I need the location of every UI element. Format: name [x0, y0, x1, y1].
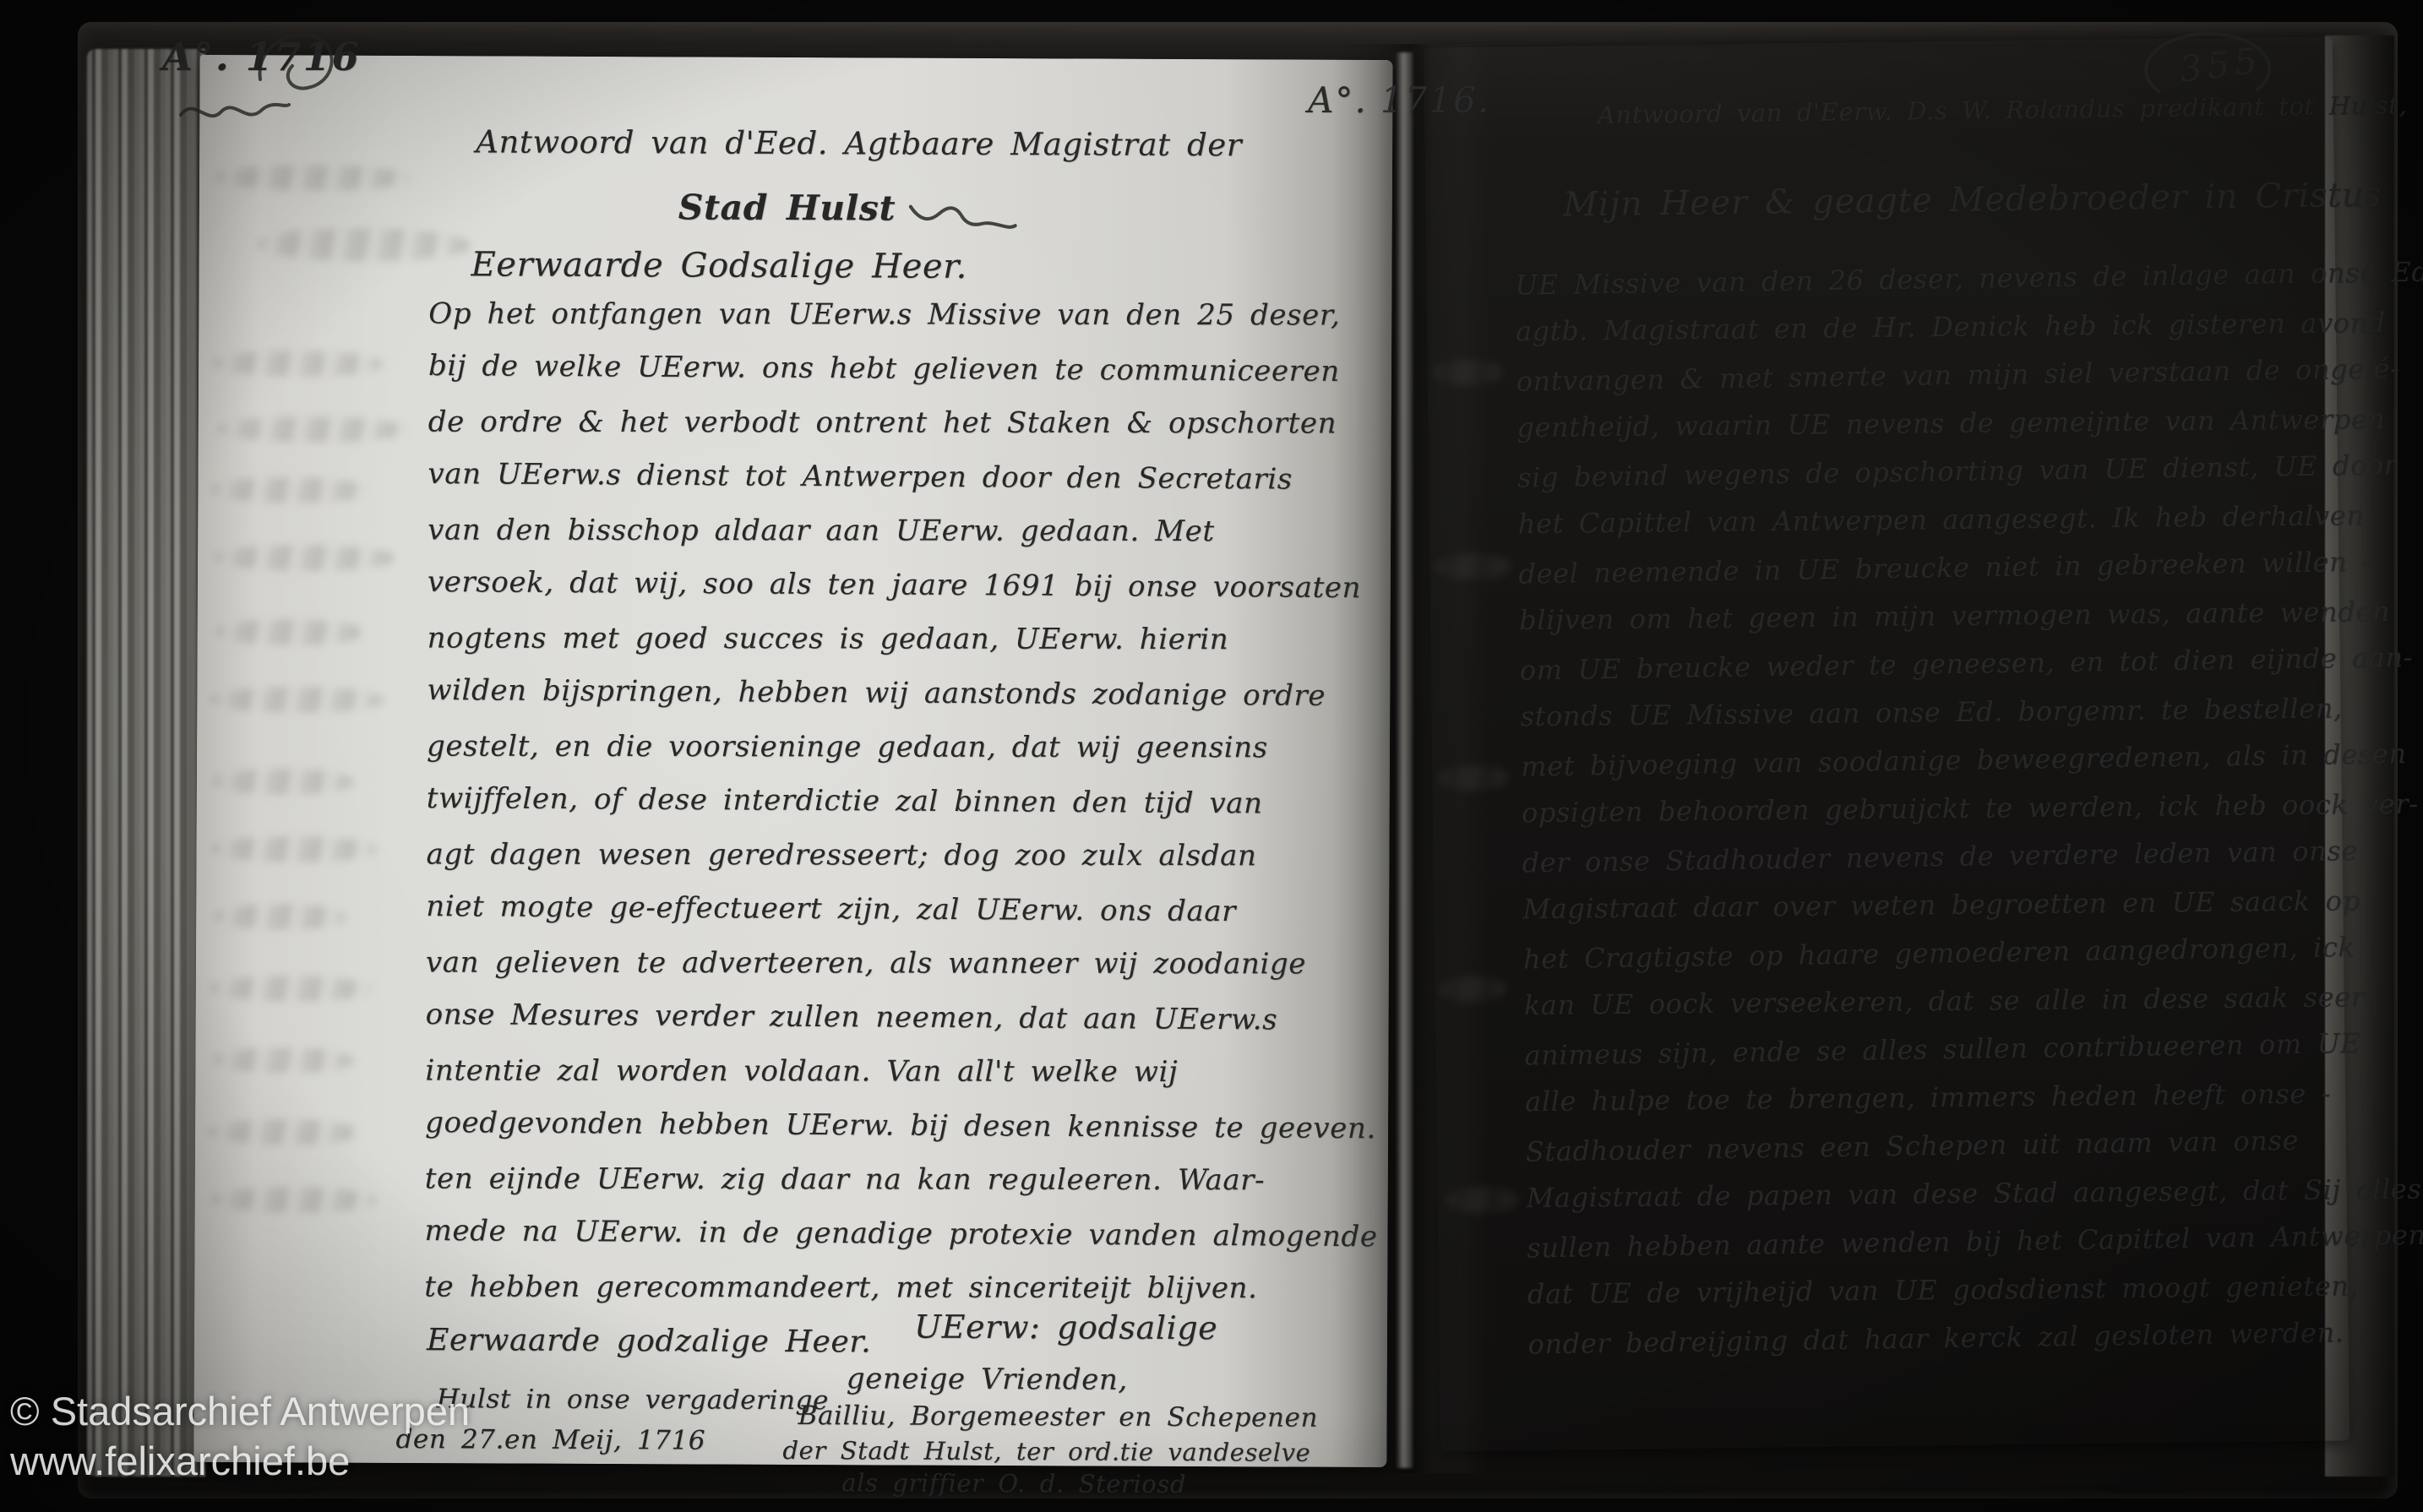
- ink-bleed-smudge: [1435, 553, 1511, 579]
- manuscript-line: agt dagen wesen geredresseert; dog zoo z…: [426, 838, 1338, 894]
- gutter-fold-highlight: [1396, 52, 1413, 1468]
- ink-bleed-smudge: [211, 477, 368, 503]
- ink-bleed-smudge: [219, 416, 409, 443]
- manuscript-line: nogtens met goed succes is gedaan, UEerw…: [427, 622, 1340, 677]
- manuscript-line: bij de welke UEerw. ons hebt gelieven te…: [428, 349, 1341, 409]
- manuscript-line: twijffelen, of dese interdictie zal binn…: [427, 781, 1339, 841]
- ink-bleed-smudge: [211, 836, 376, 862]
- ink-bleed-smudge: [210, 687, 384, 713]
- signature-line: der Stadt Hulst, ter ord.tie vandeselve: [782, 1436, 1310, 1467]
- ink-bleed-smudge: [1434, 360, 1501, 386]
- left-dateline-line1: Hulst in onse vergaderinge: [437, 1384, 829, 1416]
- manuscript-line: ten eijnde UEerw. zig daar na kan regule…: [425, 1162, 1337, 1218]
- signature-line: UEerw: godsalige: [914, 1308, 1217, 1347]
- ink-bleed-smudge: [214, 351, 383, 377]
- archive-watermark: © Stadsarchief Antwerpen www.felixarchie…: [10, 1387, 470, 1487]
- right-page-content: Antwoord van d'Eerw. D.s W. Rolandus pre…: [1424, 36, 2349, 1451]
- manuscript-line: wilden bijspringen, hebben wij aanstonds…: [427, 673, 1339, 733]
- left-salutation: Eerwaarde Godsalige Heer.: [471, 245, 967, 286]
- manuscript-line: versoek, dat wij, soo als ten jaare 1691…: [427, 565, 1340, 625]
- right-salutation: Mijn Heer & geagte Medebroeder in Cristu…: [1563, 176, 2382, 225]
- ink-bleed-smudge: [216, 619, 364, 645]
- manuscript-line: de ordre & het verbodt ontrent het Stake…: [428, 405, 1341, 461]
- heading-flourish-icon: [907, 185, 1017, 233]
- left-heading-line1: Antwoord van d'Eed. Agtbaare Magistrat d…: [476, 123, 1242, 163]
- ink-bleed-smudge: [211, 976, 372, 1002]
- ink-bleed-smudge: [1439, 764, 1508, 791]
- ink-bleed-smudge: [215, 545, 396, 571]
- left-body: Op het ontfangen van UEerw.s Missive van…: [424, 296, 1341, 1327]
- manuscript-line: intentie zal worden voldaan. Van all't w…: [425, 1054, 1337, 1110]
- manuscript-line: van gelieven te adverteeren, als wanneer…: [426, 946, 1338, 1002]
- manuscript-line: niet mogte ge-effectueert zijn, zal UEer…: [426, 889, 1338, 949]
- watermark-line1: © Stadsarchief Antwerpen: [10, 1387, 470, 1437]
- manuscript-line: onse Mesures verder zullen neemen, dat a…: [425, 998, 1337, 1058]
- left-closing: Eerwaarde godzalige Heer.: [427, 1323, 871, 1359]
- signature-line: als griffier O. d. Steriosd: [841, 1468, 1186, 1498]
- ink-bleed-smudge: [214, 1047, 353, 1074]
- watermark-line2: www.felixarchief.be: [10, 1437, 470, 1487]
- right-heading: Antwoord van d'Eerw. D.s W. Rolandus pre…: [1598, 90, 2408, 129]
- ink-bleed-smudge: [214, 769, 353, 795]
- manuscript-line: van UEerw.s dienst tot Antwerpen door de…: [427, 457, 1340, 517]
- left-heading-line2: Stad Hulst: [678, 183, 1017, 232]
- left-page-content: Antwoord van d'Eed. Agtbaare Magistrat d…: [193, 55, 1392, 1467]
- manuscript-line: mede na UEerw. in de genadige protexie v…: [424, 1214, 1337, 1274]
- manuscript-line: van den bisschop aldaar aan UEerw. gedaa…: [427, 514, 1340, 569]
- manuscript-line: goedgevonden hebben UEerw. bij desen ken…: [425, 1106, 1337, 1166]
- manuscript-line: Op het ontfangen van UEerw.s Missive van…: [428, 297, 1341, 353]
- signature-line: geneige Vrienden,: [847, 1362, 1128, 1396]
- ink-bleed-smudge: [212, 1187, 377, 1213]
- ink-bleed-smudge: [215, 904, 346, 930]
- ink-bleed-smudge: [259, 228, 470, 261]
- ink-bleed-smudge: [216, 165, 411, 191]
- page-edge-stack: [87, 49, 205, 1477]
- signature-line: Bailliu, Borgemeester en Schepenen: [798, 1401, 1319, 1433]
- left-heading-line2-text: Stad Hulst: [678, 187, 896, 228]
- ink-bleed-smudge: [1446, 1187, 1517, 1213]
- right-body: UE Missive van den 26 deser, nevens de i…: [1515, 258, 2382, 1375]
- ink-bleed-smudge: [1440, 976, 1506, 1003]
- manuscript-line: gestelt, en die voorsieninge gedaan, dat…: [427, 730, 1339, 786]
- manuscript-scan: A°. 1716 A°. 1716. 355 Antwoord van d'Ee…: [0, 0, 2423, 1512]
- ink-bleed-smudge: [209, 1119, 361, 1145]
